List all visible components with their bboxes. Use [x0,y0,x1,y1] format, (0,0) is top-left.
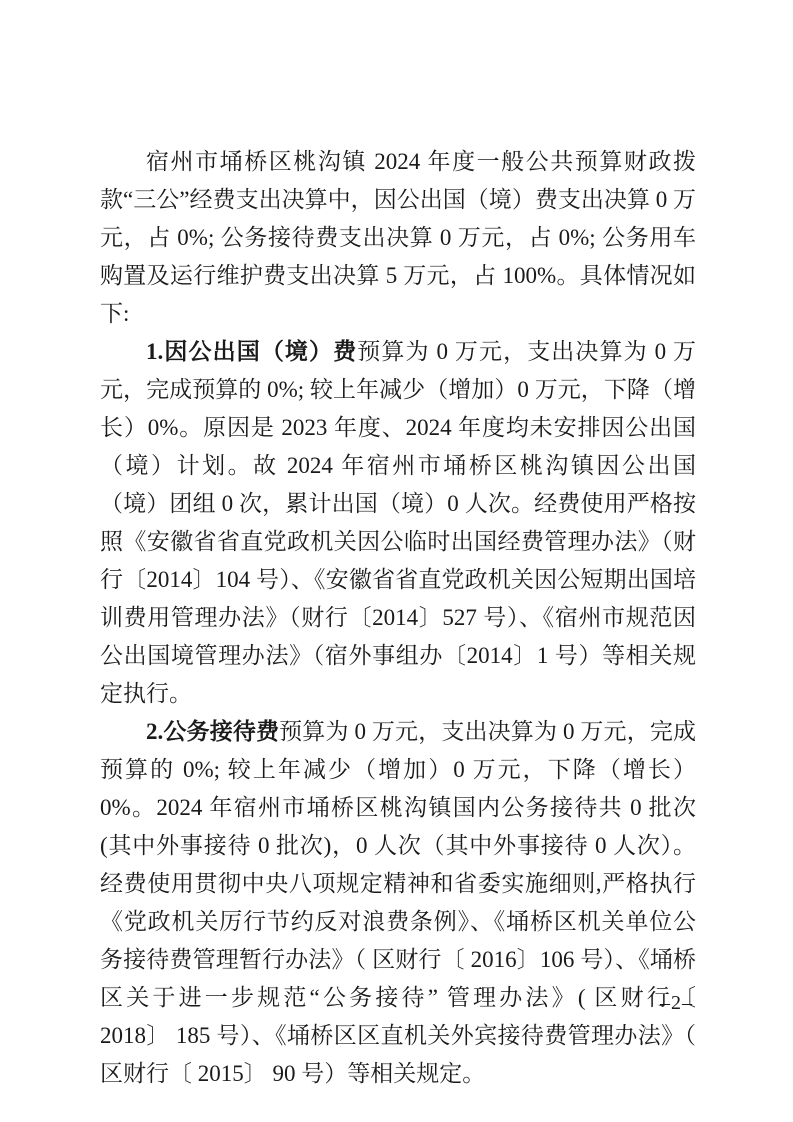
paragraph-summary: 宿州市埇桥区桃沟镇 2024 年度一般公共预算财政拨款“三公”经费支出决算中，因… [100,143,696,333]
page-number: –2– [660,991,693,1015]
paragraph-lead: 2.公务接待费 [146,719,279,744]
paragraph-outbound-travel-expense: 1.因公出国（境）费预算为 0 万元，支出决算为 0 万元，完成预算的 0%; … [100,333,696,713]
paragraph-text: 宿州市埇桥区桃沟镇 2024 年度一般公共预算财政拨款“三公”经费支出决算中，因… [100,149,696,326]
paragraph-text: 预算为 0 万元，支出决算为 0 万元，完成预算的 0%; 较上年减少（增加）0… [100,719,696,1086]
paragraph-text: 预算为 0 万元，支出决算为 0 万元，完成预算的 0%; 较上年减少（增加）0… [100,339,696,706]
document-page: 宿州市埇桥区桃沟镇 2024 年度一般公共预算财政拨款“三公”经费支出决算中，因… [0,0,793,1122]
paragraph-lead: 1.因公出国（境）费 [146,339,357,364]
paragraph-official-reception-expense: 2.公务接待费预算为 0 万元，支出决算为 0 万元，完成预算的 0%; 较上年… [100,713,696,1093]
document-body: 宿州市埇桥区桃沟镇 2024 年度一般公共预算财政拨款“三公”经费支出决算中，因… [100,143,696,1093]
